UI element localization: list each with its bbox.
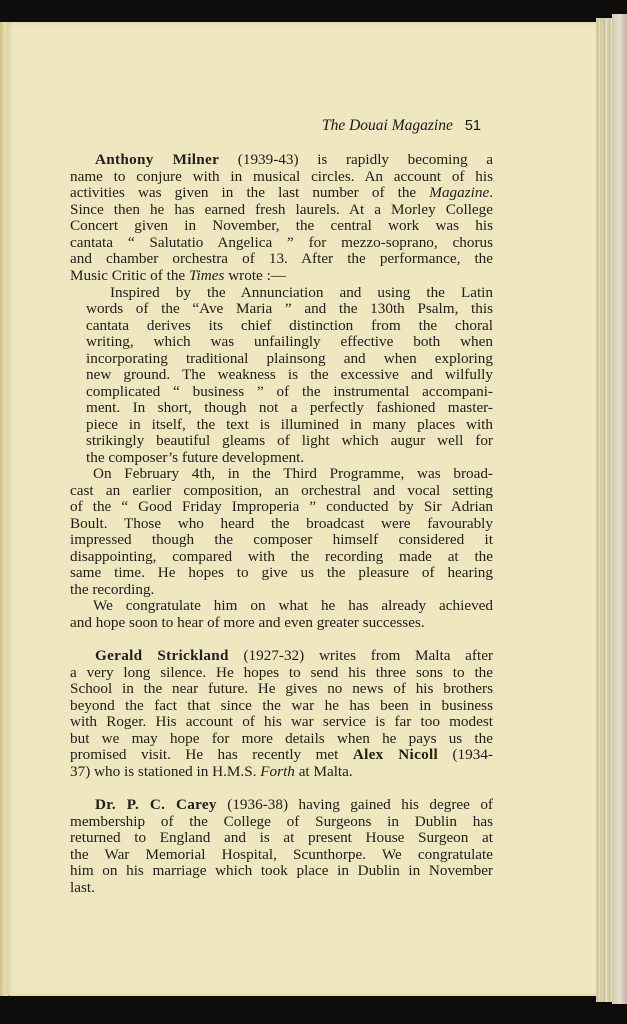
quote-line: words of the “Ave Maria ” and the 130th …: [86, 301, 493, 318]
person-name: Alex Nicoll: [353, 746, 438, 763]
paragraph-line: 37) who is stationed in H.M.S. Forth at …: [70, 764, 493, 781]
publication-title: Magazine: [429, 184, 489, 201]
publication-title: Times: [189, 267, 224, 284]
quote-line: new ground. The weakness is the excessiv…: [86, 367, 493, 384]
paragraph-line: Music Critic of the Times wrote :—: [70, 268, 493, 285]
paragraph-line: Anthony Milner (1939-43) is rapidly beco…: [95, 152, 493, 169]
quote-line: ment. In short, though not a perfectly f…: [86, 400, 493, 417]
paragraph-line: School in the near future. He gives no n…: [70, 681, 493, 698]
paragraph-line: and hope soon to hear of more and even g…: [70, 615, 493, 632]
quote-line: writing, which was unfailingly effective…: [86, 334, 493, 351]
page-number: 51: [465, 118, 481, 134]
paragraph-line: promised visit. He has recently met Alex…: [70, 747, 493, 764]
paragraph-line: same time. He hopes to give us the pleas…: [70, 565, 493, 582]
paragraph-line: and chamber orchestra of 13. After the p…: [70, 251, 493, 268]
paragraph-line: We congratulate him on what he has alrea…: [93, 598, 493, 615]
magazine-title: The Douai Magazine: [322, 117, 453, 134]
ship-name: Forth: [260, 763, 295, 780]
paragraph-line: activities was given in the last number …: [70, 185, 493, 202]
paragraph-line: returned to England and is at present Ho…: [70, 830, 493, 847]
person-name: Anthony Milner: [95, 151, 219, 168]
paragraph-line: Dr. P. C. Carey (1936-38) having gained …: [95, 797, 493, 814]
paragraph-line: with Roger. His account of his war servi…: [70, 714, 493, 731]
book-cover-edge: [612, 14, 627, 1004]
paragraph-line: him on his marriage which took place in …: [70, 863, 493, 880]
person-name: Dr. P. C. Carey: [95, 796, 217, 813]
running-head: The Douai Magazine51: [322, 117, 481, 135]
paragraph-line: impressed though the composer himself co…: [70, 532, 493, 549]
paragraph-line: Gerald Strickland (1927-32) writes from …: [95, 648, 493, 665]
quote-line: strikingly beautiful gleams of light whi…: [86, 433, 493, 450]
person-name: Gerald Strickland: [95, 647, 229, 664]
paragraph-line: of the “ Good Friday Improperia ” conduc…: [70, 499, 493, 516]
paragraph-line: Concert given in November, the central w…: [70, 218, 493, 235]
paragraph-line: On February 4th, in the Third Programme,…: [93, 466, 493, 483]
paragraph-line: last.: [70, 880, 493, 897]
